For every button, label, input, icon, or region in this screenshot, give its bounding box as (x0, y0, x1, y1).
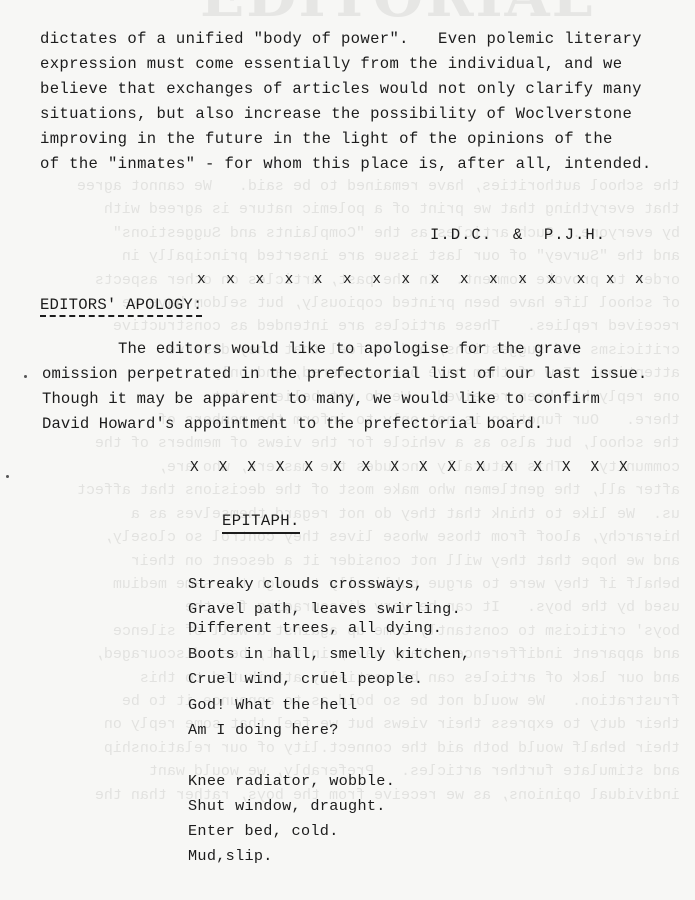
poem-line: Cruel wind, cruel people. (188, 670, 423, 688)
apology-line: omission perpetrated in the prefectorial… (42, 365, 647, 383)
poem-line: Different trees, all dying. (188, 619, 442, 637)
poem-line: Enter bed, cold. (188, 822, 339, 840)
typewritten-page: EDITORIAL the school authorities, have r… (0, 0, 695, 900)
editorial-line: believe that exchanges of articles would… (40, 80, 642, 98)
editorial-line: of the "inmates" - for whom this place i… (40, 155, 652, 173)
poem-line: Streaky clouds crossways, (188, 575, 423, 593)
reverse-side-bleedthrough: the school authorities, have remained to… (40, 175, 680, 807)
section-separator: x x x x x x x x x x x x x x x x (197, 272, 650, 288)
ink-speck (6, 475, 9, 478)
section-separator: X X X X X X X X X X X X X X X X (190, 460, 633, 476)
editorial-line: improving in the future in the light of … (40, 130, 613, 148)
epitaph-heading: EPITAPH. (222, 512, 300, 534)
apology-line: David Howard's appointment to the prefec… (42, 415, 543, 433)
poem-line: Knee radiator, wobble. (188, 772, 395, 790)
ink-speck (24, 375, 27, 378)
editorial-line: situations, but also increase the possib… (40, 105, 632, 123)
editorial-line: dictates of a unified "body of power". E… (40, 30, 642, 48)
ghost-header-bleedthrough: EDITORIAL (200, 0, 520, 30)
poem-line: Mud,slip. (188, 847, 273, 865)
apology-line: The editors would like to apologise for … (118, 340, 581, 358)
editorial-line: expression must come essentially from th… (40, 55, 622, 73)
poem-line: Boots in hall, smelly kitchen, (188, 645, 470, 663)
poem-line: Am I doing here? (188, 721, 339, 739)
editorial-signature: I.D.C. & P.J.H. (430, 226, 606, 244)
poem-line: Gravel path, leaves swirling. (188, 600, 461, 618)
poem-line: Shut window, draught. (188, 797, 386, 815)
apology-heading: EDITORS' APOLOGY: (40, 296, 202, 317)
apology-line: Though it may be apparent to many, we wo… (42, 390, 600, 408)
poem-line: God! What the hell (188, 696, 357, 714)
